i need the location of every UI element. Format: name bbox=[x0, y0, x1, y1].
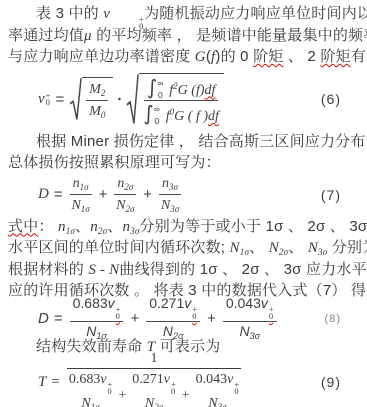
coefficient: 0.683 bbox=[73, 295, 108, 311]
radical-sign-icon bbox=[126, 73, 139, 126]
equals-sign: = bbox=[54, 310, 63, 327]
multiplication-dot: · bbox=[117, 91, 122, 108]
equation-number: (9) bbox=[321, 374, 341, 390]
paragraph-line: 根据 Miner 损伤定律 ， 结合高斯三区间应力分布 ， bbox=[8, 131, 361, 153]
text-run: N bbox=[230, 240, 240, 256]
N-symbol: N bbox=[71, 198, 80, 213]
v-subscript: 0 bbox=[46, 99, 50, 106]
fraction-numerator: 0.043v+0 bbox=[223, 295, 277, 322]
v-sub-sup: +0 bbox=[108, 381, 113, 395]
N-subscript: 2σ bbox=[154, 402, 163, 407]
text-run: 水平区间的单位时间内循环次数; bbox=[8, 239, 230, 256]
text-run: 总体损伤按照累积原理可写为： bbox=[8, 154, 221, 171]
v-sub-sup: +0 bbox=[234, 381, 239, 395]
paragraph-line: 根据材料的 S - N曲线得到的 1σ 、 2σ 、 3σ 应力水平所对 bbox=[8, 259, 361, 281]
paragraph-line: 与应力响应单边功率谱密度 G(f)的 0 阶矩 、 2 阶矩有关。 bbox=[8, 46, 361, 68]
v-sub-sup: +0 bbox=[269, 306, 274, 320]
text-run: G bbox=[195, 49, 206, 65]
text-run: n bbox=[58, 219, 66, 235]
integral-sign: ∫ bbox=[147, 76, 157, 98]
fraction-numerator: M2 bbox=[86, 80, 108, 101]
text-run: 的平均频率 ， 是频谱中能量最集中的频率 ， bbox=[92, 27, 367, 44]
text-run: 根据材料的 bbox=[8, 261, 88, 278]
fraction-denominator: ∫∞0 f0G ( f )df bbox=[143, 101, 218, 126]
v-sub-sup: +0 bbox=[116, 306, 121, 320]
plus-sign: + bbox=[143, 186, 152, 203]
integral-limits: ∞0 bbox=[154, 105, 160, 125]
M-subscript: 2 bbox=[101, 88, 106, 98]
radicand: ∫∞0 f2G (f)df ∫∞0 f0G ( f )df bbox=[139, 73, 223, 126]
coefficient: 0.043 bbox=[196, 372, 228, 387]
v-sub-sup: + 0 bbox=[46, 92, 51, 106]
v-symbol: v bbox=[100, 372, 106, 387]
plus-sign: + bbox=[182, 388, 190, 404]
damage-term: n1σ N1σ bbox=[70, 174, 92, 216]
fraction-denominator: 0.683v+0 N1σ + 0.271v+0 N2σ + 0.043v+0 N… bbox=[67, 369, 241, 407]
N-symbol: N bbox=[145, 396, 154, 407]
equation-number: (8) bbox=[325, 313, 341, 325]
moment-fraction: M2 M0 bbox=[86, 80, 108, 122]
v-symbol: v bbox=[261, 295, 268, 311]
v-subscript: 0 bbox=[108, 388, 112, 395]
term-denominator: N3σ bbox=[208, 395, 226, 407]
radical-sign-icon bbox=[69, 77, 82, 122]
coefficient: 0.271 bbox=[149, 295, 184, 311]
n-subscript: 3σ bbox=[169, 182, 178, 192]
T-symbol: T bbox=[38, 374, 46, 391]
upper-limit: ∞ bbox=[157, 79, 163, 87]
lower-limit: 0 bbox=[154, 117, 160, 125]
v-sub-sup: +0 bbox=[171, 381, 176, 395]
v-symbol: v bbox=[38, 91, 45, 108]
equals-sign: = bbox=[54, 186, 63, 203]
plus-sign: + bbox=[207, 310, 216, 327]
coefficient: 0.043 bbox=[226, 295, 261, 311]
text-run: 2σ bbox=[279, 247, 288, 257]
paragraph-2: 根据 Miner 损伤定律 ， 结合高斯三区间应力分布 ， 总体损伤按照累积原理… bbox=[8, 131, 361, 174]
text-run: 1σ bbox=[66, 226, 75, 236]
text-run: 3σ bbox=[130, 226, 139, 236]
fraction-denominator: N3σ bbox=[161, 195, 179, 215]
damage-term: n3σ N3σ bbox=[159, 174, 181, 216]
text-run: N bbox=[269, 240, 279, 256]
text-run: 3σ bbox=[318, 247, 327, 257]
text-run: 根据 Miner 损伤定律 ， 结合高斯三区间应力分布 ， bbox=[36, 133, 367, 150]
term-numerator: 0.043v+0 bbox=[196, 371, 240, 395]
paragraph-line: 式中： n1σ、n2σ、n3σ分别为等于或小于 1σ 、 2σ 、 3σ应力 bbox=[8, 216, 361, 238]
paragraph-line: 总体损伤按照累积原理可写为： bbox=[8, 152, 361, 174]
life-fraction: 1 0.683v+0 N1σ + 0.271v+0 N2σ + 0.043v+0… bbox=[67, 351, 241, 407]
fraction-numerator: 0.683v+0 bbox=[70, 295, 124, 322]
radical-integral-ratio: ∫∞0 f2G (f)df ∫∞0 f0G ( f )df bbox=[126, 73, 223, 126]
text-run: 分别为 bbox=[327, 239, 367, 256]
equation-9-formula: T = 1 0.683v+0 N1σ + 0.271v+0 N2σ + 0.04… bbox=[38, 351, 243, 407]
equation-9: T = 1 0.683v+0 N1σ + 0.271v+0 N2σ + 0.04… bbox=[8, 357, 361, 407]
equals-sign: = bbox=[55, 91, 64, 108]
text-run: 、 bbox=[107, 218, 122, 235]
v-symbol: v bbox=[227, 372, 233, 387]
plus-sign: + bbox=[130, 310, 139, 327]
text-run: ： bbox=[38, 218, 58, 235]
text-run: 分别为等于或小于 1σ 、 2σ 、 3σ应力 bbox=[140, 218, 367, 235]
radicand: M2 M0 bbox=[82, 77, 113, 122]
text-run: 与应力响应单边功率谱密度 bbox=[8, 48, 195, 65]
N-symbol: N bbox=[116, 198, 125, 213]
text-run: 率通过均值 bbox=[8, 27, 84, 44]
text-run: S - N bbox=[88, 262, 119, 278]
equation-6: v + 0 = M2 M0 · ∫∞ bbox=[8, 68, 361, 131]
damage-term: 0.271v+0 N2σ bbox=[130, 371, 178, 407]
text-run: 、 bbox=[288, 239, 308, 256]
equals-sign: = bbox=[51, 374, 59, 391]
integral: ∫∞0 bbox=[147, 76, 163, 98]
paragraph-1: 表 3 中的 v+0为随机振动应力响应单位时间内以正斜 率通过均值μ 的平均频率… bbox=[8, 3, 361, 68]
term-numerator: 0.683v+0 bbox=[69, 371, 113, 395]
damage-term: 0.043v+0 N3σ bbox=[223, 295, 277, 342]
integral-limits: ∞0 bbox=[157, 79, 163, 99]
v-subscript: 0 bbox=[171, 388, 175, 395]
text-run: 表 3 中的 bbox=[36, 5, 103, 22]
n-subscript: 1σ bbox=[80, 182, 89, 192]
v-subscript: 0 bbox=[116, 313, 120, 320]
fraction-numerator: 1 bbox=[67, 351, 241, 369]
fraction-numerator: n3σ bbox=[159, 174, 181, 195]
integral-fraction: ∫∞0 f2G (f)df ∫∞0 f0G ( f )df bbox=[143, 76, 218, 126]
N-subscript: 2σ bbox=[126, 204, 135, 214]
plus-sign: + bbox=[99, 186, 108, 203]
v-subscript: 0 bbox=[192, 313, 196, 320]
N-symbol: N bbox=[208, 396, 217, 407]
integral-sign: ∫ bbox=[143, 102, 153, 124]
fraction-denominator: N3σ bbox=[239, 322, 260, 342]
text-run: 、 bbox=[75, 218, 90, 235]
text-run: 、 2 bbox=[284, 48, 321, 65]
coefficient: 0.271 bbox=[132, 372, 164, 387]
differential: df bbox=[205, 83, 216, 98]
equation-6-formula: v + 0 = M2 M0 · ∫∞ bbox=[38, 73, 224, 126]
fraction-denominator: M0 bbox=[89, 101, 105, 121]
text-run: 曲线得到的 1σ 、 2σ 、 3σ 应力水平所对 bbox=[119, 261, 367, 278]
text-run: 有关。 bbox=[351, 48, 367, 65]
v-symbol: v bbox=[108, 295, 115, 311]
paragraph-3: 式中： n1σ、n2σ、n3σ分别为等于或小于 1σ 、 2σ 、 3σ应力 水… bbox=[8, 216, 361, 302]
equation-7: D = n1σ N1σ + n2σ N2σ + n3σ N3σ (7) bbox=[8, 174, 361, 216]
paragraph-line: 率通过均值μ 的平均频率 ， 是频谱中能量最集中的频率 ， bbox=[8, 25, 361, 47]
equation-number: (7) bbox=[321, 187, 341, 203]
text-run: n bbox=[90, 219, 98, 235]
v-subscript: 0 bbox=[269, 313, 273, 320]
v-symbol: v bbox=[184, 295, 191, 311]
plus-sign: + bbox=[118, 388, 126, 404]
equation-number: (6) bbox=[321, 91, 341, 107]
text-run: 1σ bbox=[240, 247, 249, 257]
fraction-numerator: n1σ bbox=[70, 174, 92, 195]
text-run: )的 0 bbox=[215, 48, 253, 65]
damage-term: 0.683v+0 N1σ bbox=[67, 371, 115, 407]
fraction-denominator: N1σ bbox=[71, 195, 89, 215]
text-run: 式中 bbox=[8, 218, 38, 235]
psd-function: G (f) bbox=[178, 83, 205, 98]
text-run: 阶矩 bbox=[320, 48, 350, 65]
D-symbol: D bbox=[38, 186, 49, 203]
v-sub-sup: +0 bbox=[192, 306, 197, 320]
text-run: v bbox=[103, 6, 110, 22]
term-denominator: N1σ bbox=[81, 395, 99, 407]
term-numerator: 0.271v+0 bbox=[132, 371, 176, 395]
radical-moment-ratio: M2 M0 bbox=[69, 77, 113, 122]
D-symbol: D bbox=[38, 310, 49, 327]
v-subscript: 0 bbox=[234, 388, 238, 395]
n-symbol: n bbox=[162, 176, 169, 191]
N-subscript: 1σ bbox=[81, 204, 90, 214]
N-symbol: N bbox=[161, 198, 170, 213]
N-symbol: N bbox=[81, 396, 90, 407]
n-subscript: 2σ bbox=[124, 182, 133, 192]
n-symbol: n bbox=[73, 176, 80, 191]
integral: ∫∞0 bbox=[143, 102, 159, 124]
text-run: 2σ bbox=[98, 226, 107, 236]
fraction-numerator: 0.271v+0 bbox=[146, 295, 200, 322]
upper-limit: ∞ bbox=[154, 105, 160, 113]
M-symbol: M bbox=[89, 82, 101, 97]
paragraph-line: 表 3 中的 v+0为随机振动应力响应单位时间内以正斜 bbox=[8, 3, 361, 25]
paragraph-line: 水平区间的单位时间内循环次数; N1σ、 N2σ、 N3σ 分别为 bbox=[8, 237, 361, 259]
lower-limit: 0 bbox=[157, 91, 163, 99]
N-subscript: 3σ bbox=[218, 402, 227, 407]
M-symbol: M bbox=[89, 104, 101, 119]
v-symbol: v bbox=[164, 372, 170, 387]
text-run: 为随机振动应力响应单位时间内以 bbox=[144, 5, 367, 22]
N-subscript: 3σ bbox=[250, 331, 260, 341]
text-run: N bbox=[308, 240, 318, 256]
fraction-numerator: n2σ bbox=[114, 174, 136, 195]
M-subscript: 0 bbox=[101, 110, 106, 120]
damage-term: n2σ N2σ bbox=[114, 174, 136, 216]
text-run: μ bbox=[84, 28, 92, 44]
N-subscript: 3σ bbox=[170, 204, 179, 214]
N-subscript: 1σ bbox=[91, 402, 100, 407]
equation-8: D = 0.683v+0 N1σ + 0.271v+0 N2σ + 0.043v… bbox=[8, 302, 361, 336]
differential: df bbox=[208, 109, 219, 124]
equation-7-formula: D = n1σ N1σ + n2σ N2σ + n3σ N3σ bbox=[38, 174, 183, 216]
term-denominator: N2σ bbox=[145, 395, 163, 407]
fraction-numerator: ∫∞0 f2G (f)df bbox=[144, 76, 218, 102]
psd-function: G ( f ) bbox=[174, 109, 208, 124]
text-run: 、 bbox=[249, 239, 269, 256]
fraction-denominator: N2σ bbox=[116, 195, 134, 215]
text-run: 阶矩 bbox=[253, 48, 283, 65]
damage-term: 0.043v+0 N3σ bbox=[194, 371, 242, 407]
coefficient: 0.683 bbox=[69, 372, 101, 387]
N-symbol: N bbox=[239, 323, 249, 339]
